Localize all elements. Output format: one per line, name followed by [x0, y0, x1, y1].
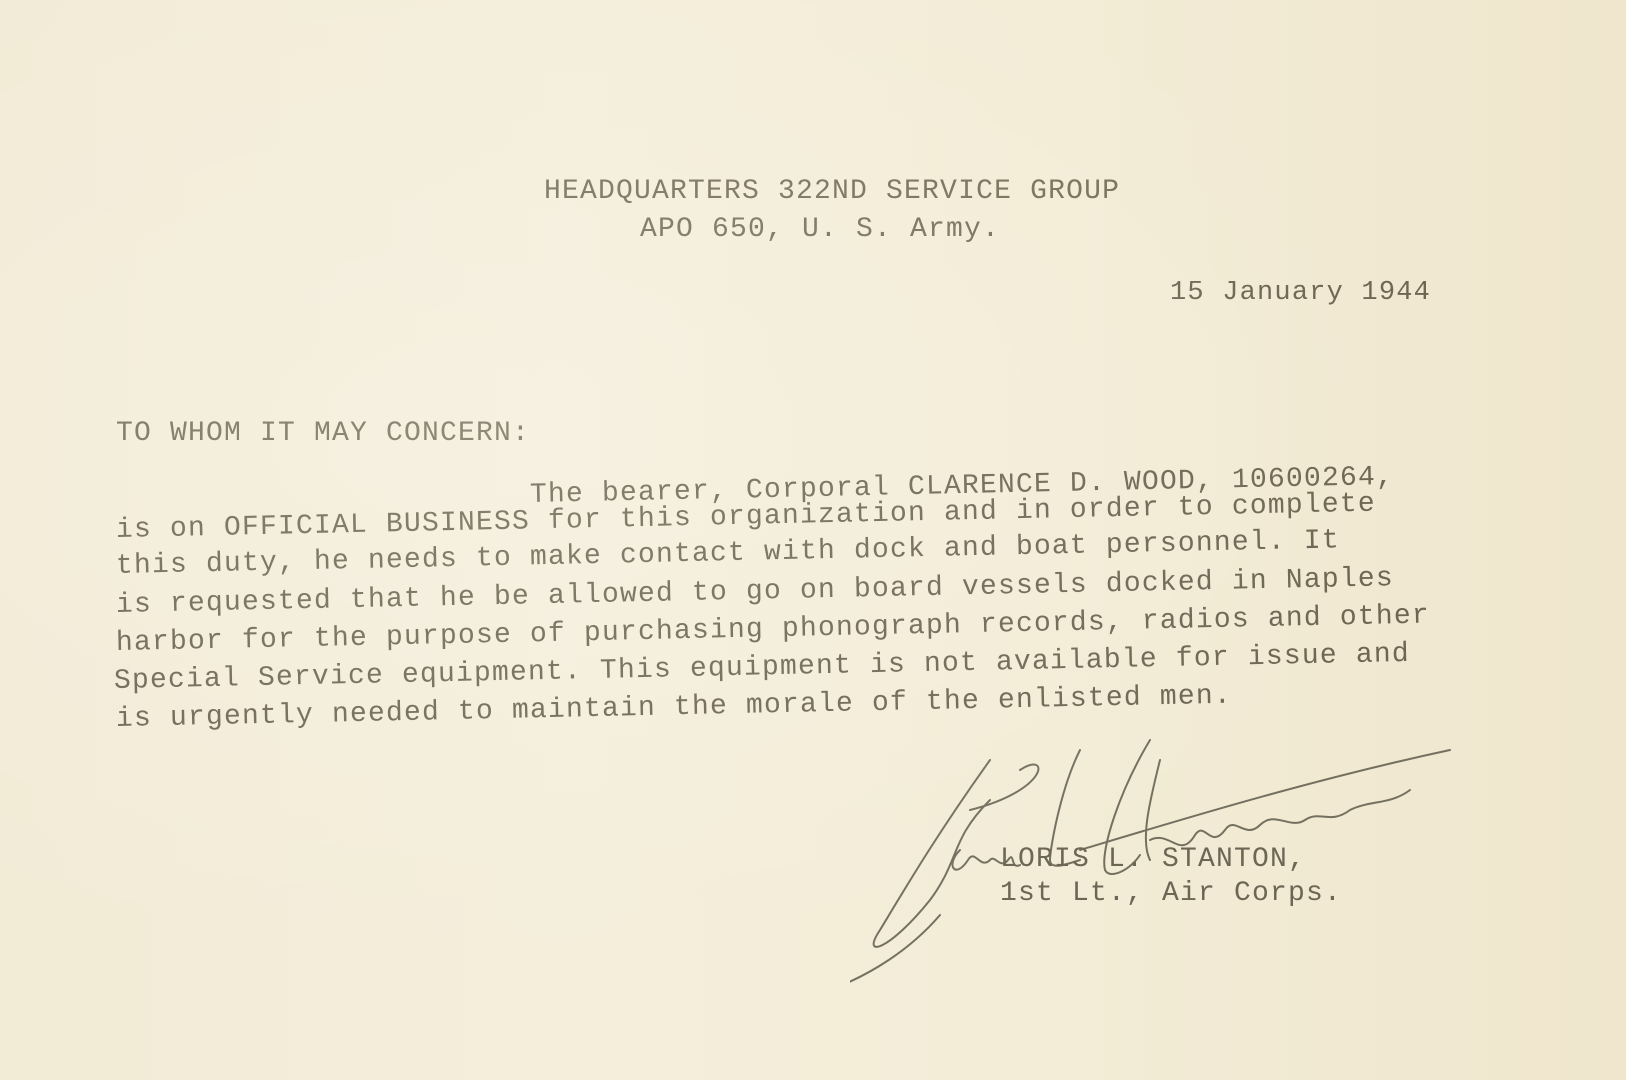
letter-page: HEADQUARTERS 322ND SERVICE GROUP APO 650… [0, 0, 1626, 1080]
letterhead-organization: HEADQUARTERS 322ND SERVICE GROUP [544, 178, 1120, 206]
letterhead-address: APO 650, U. S. Army. [640, 216, 1000, 244]
salutation: TO WHOM IT MAY CONCERN: [116, 420, 530, 448]
letter-date: 15 January 1944 [1170, 280, 1431, 307]
signatory-rank: 1st Lt., Air Corps. [1000, 880, 1342, 908]
signatory-name: LORIS L. STANTON, [1000, 846, 1306, 874]
